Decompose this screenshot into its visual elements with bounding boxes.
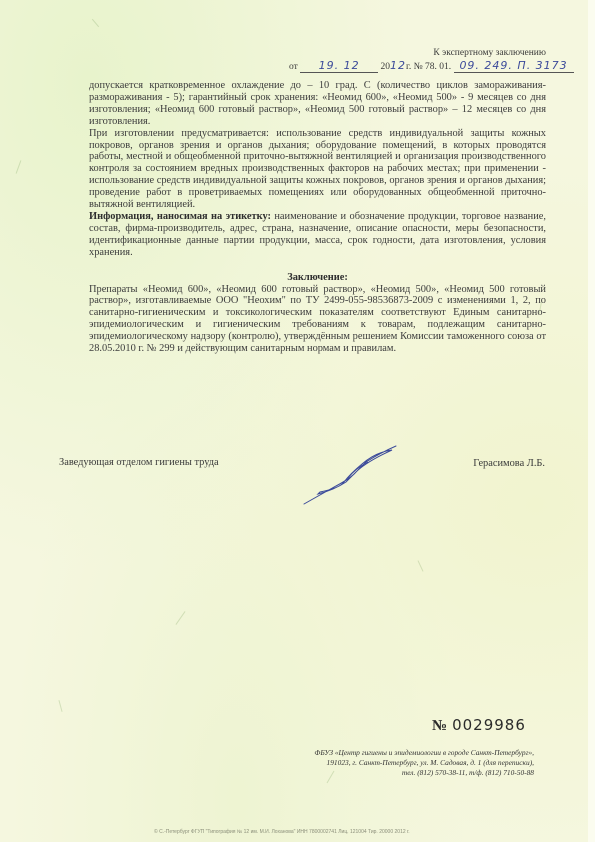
reference-header: К экспертному заключению bbox=[433, 47, 546, 59]
document-body: допускается кратковременное охлаждение д… bbox=[89, 80, 546, 355]
label-info-paragraph: Информация, наносимая на этикетку: наиме… bbox=[89, 211, 546, 259]
issuer-block: ФБУЗ «Центр гигиены и эпидемиологии в го… bbox=[314, 748, 534, 778]
year-suffix-g: г. bbox=[406, 62, 411, 72]
paper-fiber bbox=[176, 611, 186, 625]
page-edge bbox=[588, 0, 595, 842]
paper-fiber bbox=[92, 19, 99, 27]
serial-label: № bbox=[432, 718, 448, 734]
number-field: 09. 249. П. 3173 bbox=[454, 59, 574, 73]
signatory-position: Заведующая отделом гигиены труда bbox=[59, 457, 219, 468]
issuer-address: 191023, г. Санкт-Петербург, ул. М. Садов… bbox=[314, 758, 534, 768]
label-info-heading: Информация, наносимая на этикетку: bbox=[89, 211, 271, 222]
reference-label: К экспертному заключению bbox=[433, 48, 546, 58]
reference-number-line: от 19. 12 2012г. № 78. 01. 09. 249. П. 3… bbox=[289, 59, 549, 73]
number-label: № 78. 01. bbox=[414, 62, 452, 72]
paper-fiber bbox=[418, 560, 424, 571]
storage-paragraph: допускается кратковременное охлаждение д… bbox=[89, 80, 546, 128]
year-prefix: 20 bbox=[381, 62, 391, 72]
conclusion-paragraph: Препараты «Неомид 600», «Неомид 600 гото… bbox=[89, 284, 546, 355]
conclusion-heading: Заключение: bbox=[89, 272, 546, 284]
paper-fiber bbox=[58, 700, 62, 712]
safety-paragraph: При изготовлении предусматривается: испо… bbox=[89, 128, 546, 211]
serial-value: 0029986 bbox=[452, 716, 526, 734]
date-handwritten: 19. 12 bbox=[319, 59, 360, 72]
year-handwritten: 12 bbox=[390, 59, 406, 72]
issuer-phone: тел. (812) 570-38-11, т/ф. (812) 710-50-… bbox=[314, 768, 534, 778]
paper-fiber bbox=[16, 160, 22, 173]
issuer-name: ФБУЗ «Центр гигиены и эпидемиологии в го… bbox=[314, 748, 534, 758]
printer-imprint: © С.-Петербург ФГУП "Типография № 12 им.… bbox=[154, 829, 410, 835]
certificate-page: К экспертному заключению от 19. 12 2012г… bbox=[0, 0, 595, 842]
handwritten-signature-icon bbox=[296, 438, 406, 508]
from-label: от bbox=[289, 62, 298, 72]
number-handwritten: 09. 249. П. 3173 bbox=[459, 59, 567, 72]
date-field: 19. 12 bbox=[300, 59, 378, 73]
signatory-name: Герасимова Л.Б. bbox=[473, 458, 545, 469]
form-serial-number: №0029986 bbox=[432, 716, 526, 735]
